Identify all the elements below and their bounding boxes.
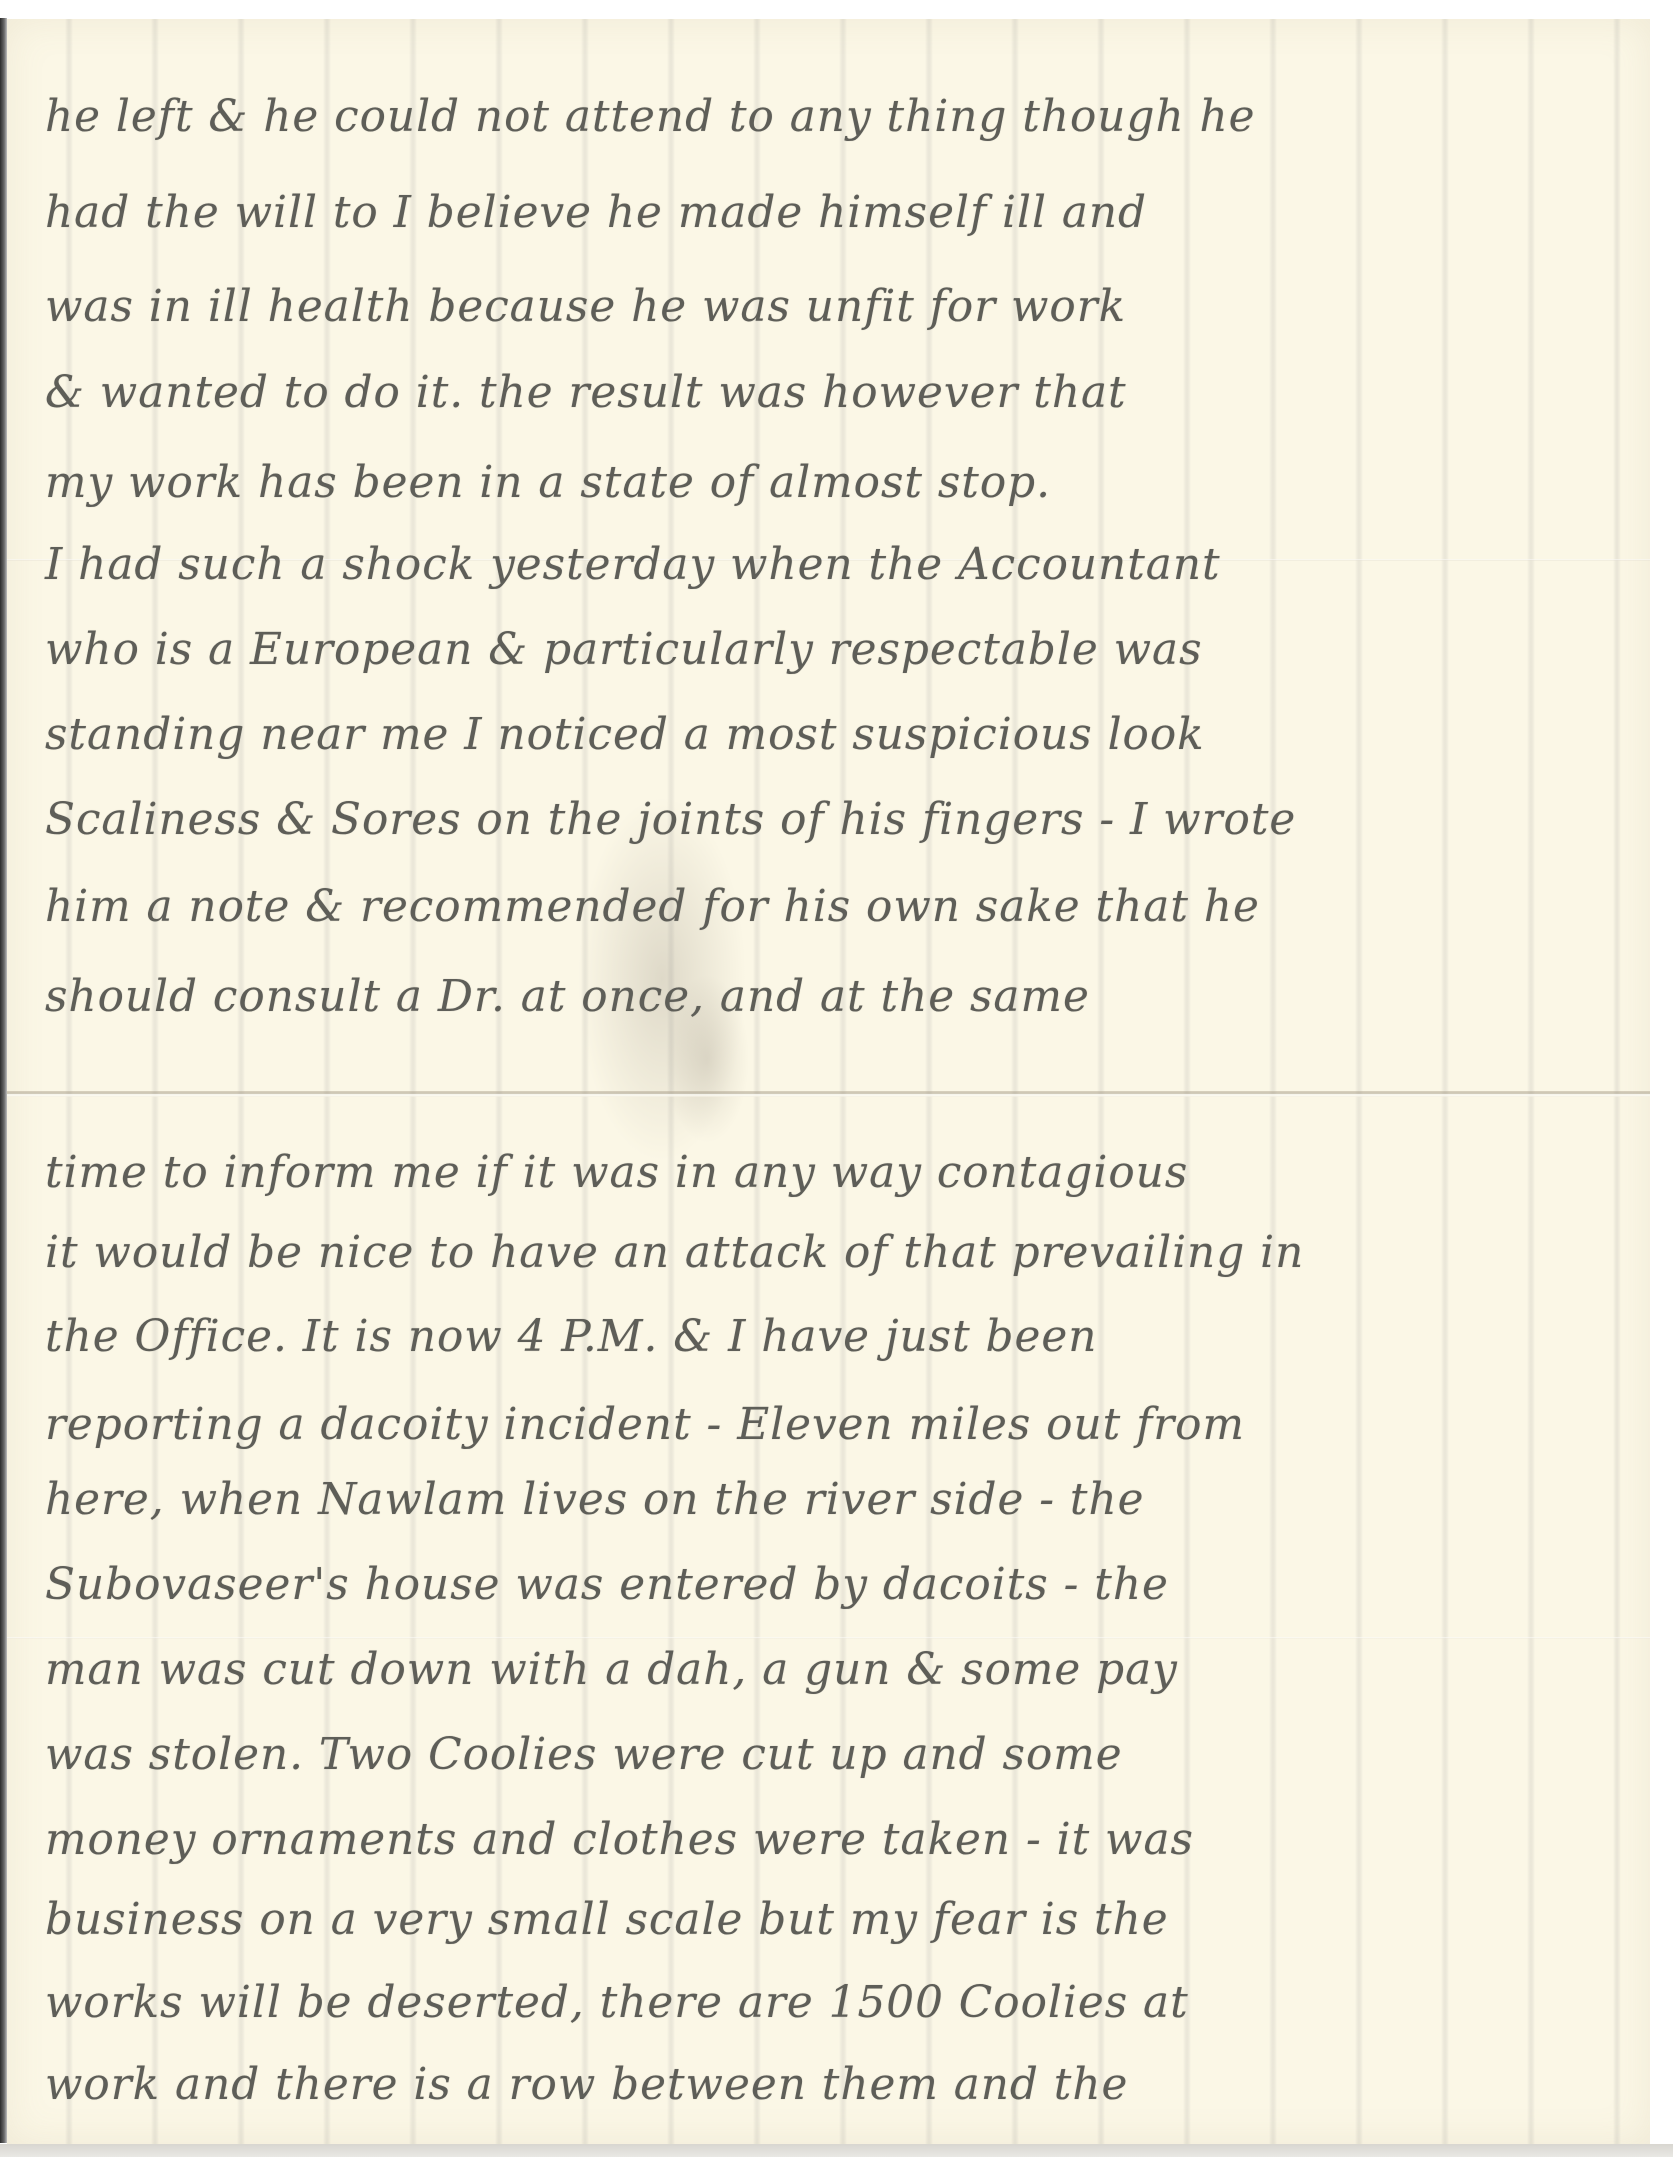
text-line: man was cut down with a dah, a gun & som… [45,1644,1635,1695]
text-line: was in ill health because he was unfit f… [45,281,1635,332]
text-line: business on a very small scale but my fe… [45,1894,1635,1945]
text-line: I had such a shock yesterday when the Ac… [45,539,1635,590]
text-line: Scaliness & Sores on the joints of his f… [45,794,1635,845]
text-line: work and there is a row between them and… [45,2059,1635,2110]
text-line: should consult a Dr. at once, and at the… [45,971,1635,1022]
text-line: standing near me I noticed a most suspic… [45,709,1635,760]
scan-bottom-edge [0,2144,1673,2157]
letter-page: he left & he could not attend to any thi… [7,19,1650,2144]
text-line: here, when Nawlam lives on the river sid… [45,1474,1635,1525]
text-line: him a note & recommended for his own sak… [45,881,1635,932]
text-line: reporting a dacoity incident - Eleven mi… [45,1399,1635,1450]
text-line: time to inform me if it was in any way c… [45,1147,1635,1198]
text-line: was stolen. Two Coolies were cut up and … [45,1729,1635,1780]
text-line: it would be nice to have an attack of th… [45,1227,1635,1278]
text-line: Subovaseer's house was entered by dacoit… [45,1559,1635,1610]
scan-border [0,18,7,2143]
text-line: my work has been in a state of almost st… [45,457,1635,508]
text-line: he left & he could not attend to any thi… [45,91,1635,142]
text-line: money ornaments and clothes were taken -… [45,1814,1635,1865]
handwritten-text: he left & he could not attend to any thi… [7,19,1650,2144]
text-line: & wanted to do it. the result was howeve… [45,367,1635,418]
text-line: had the will to I believe he made himsel… [45,187,1635,238]
text-line: works will be deserted, there are 1500 C… [45,1977,1635,2028]
text-line: the Office. It is now 4 P.M. & I have ju… [45,1311,1635,1362]
text-line: who is a European & particularly respect… [45,624,1635,675]
